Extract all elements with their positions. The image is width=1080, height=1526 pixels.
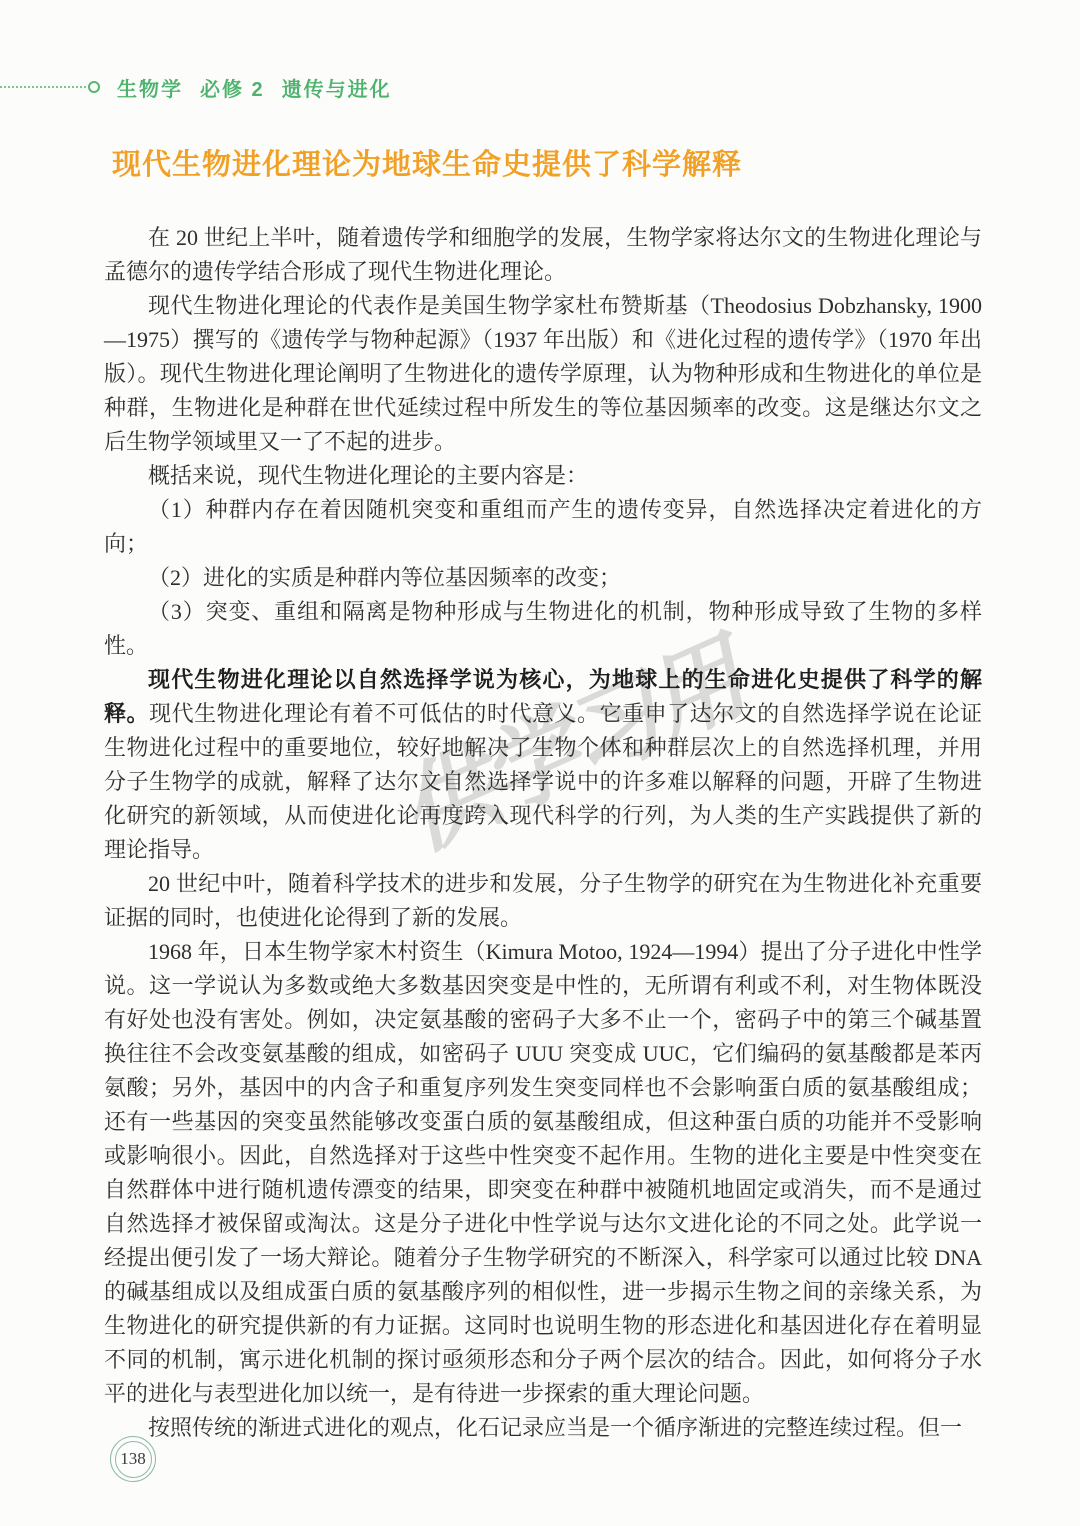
header-course: 生物学 — [117, 73, 183, 102]
paragraph-text: 在 20 世纪上半叶，随着遗传学和细胞学的发展，生物学家将达尔文的生物进化理论与… — [104, 225, 982, 284]
header-dotted-rule — [0, 86, 86, 88]
header-bullet-icon — [88, 81, 100, 93]
page-header: 生物学 必修 2 遗传与进化 — [0, 74, 392, 100]
body-paragraph: 现代生物进化理论以自然选择学说为核心，为地球上的生命进化史提供了科学的解释。现代… — [104, 663, 982, 867]
paragraph-text: （2）进化的实质是种群内等位基因频率的改变； — [148, 565, 621, 590]
page-number: 138 — [120, 1449, 146, 1469]
paragraph-text: 按照传统的渐进式进化的观点，化石记录应当是一个循序渐进的完整连续过程。但一 — [148, 1415, 962, 1440]
paragraph-text: 现代生物进化理论的代表作是美国生物学家杜布赞斯基（Theodosius Dobz… — [104, 293, 982, 454]
body-paragraph: 20 世纪中叶，随着科学技术的进步和发展，分子生物学的研究在为生物进化补充重要证… — [104, 867, 982, 935]
body-paragraph: 1968 年，日本生物学家木村资生（Kimura Motoo, 1924—199… — [104, 935, 982, 1411]
textbook-page: 生物学 必修 2 遗传与进化 供学习用 现代生物进化理论为地球生命史提供了科学解… — [0, 0, 1080, 1526]
paragraph-text: （1）种群内存在着因随机突变和重组而产生的遗传变异，自然选择决定着进化的方向； — [104, 497, 982, 556]
page-number-inner-ring: 138 — [115, 1441, 152, 1478]
body-paragraph-list-item: （3）突变、重组和隔离是物种形成与生物进化的机制，物种形成导致了生物的多样性。 — [104, 595, 982, 663]
body-paragraph-list-item: （2）进化的实质是种群内等位基因频率的改变； — [104, 561, 982, 595]
paragraph-text: 20 世纪中叶，随着科学技术的进步和发展，分子生物学的研究在为生物进化补充重要证… — [104, 871, 982, 930]
body-paragraph-list-item: （1）种群内存在着因随机突变和重组而产生的遗传变异，自然选择决定着进化的方向； — [104, 493, 982, 561]
body-paragraph: 概括来说，现代生物进化理论的主要内容是： — [104, 459, 982, 493]
paragraph-text: 1968 年，日本生物学家木村资生（Kimura Motoo, 1924—199… — [104, 939, 982, 1406]
section-title: 现代生物进化理论为地球生命史提供了科学解释 — [112, 142, 742, 183]
body-paragraph: 在 20 世纪上半叶，随着遗传学和细胞学的发展，生物学家将达尔文的生物进化理论与… — [104, 221, 982, 289]
header-module: 必修 2 — [200, 73, 265, 102]
body-paragraph: 现代生物进化理论的代表作是美国生物学家杜布赞斯基（Theodosius Dobz… — [104, 289, 982, 459]
page-number-badge: 138 — [110, 1436, 156, 1482]
header-unit: 遗传与进化 — [282, 73, 392, 102]
body-text-block: 在 20 世纪上半叶，随着遗传学和细胞学的发展，生物学家将达尔文的生物进化理论与… — [104, 221, 982, 1445]
body-paragraph: 按照传统的渐进式进化的观点，化石记录应当是一个循序渐进的完整连续过程。但一 — [104, 1411, 982, 1445]
paragraph-text: 现代生物进化理论有着不可低估的时代意义。它重申了达尔文的自然选择学说在论证生物进… — [104, 701, 982, 862]
paragraph-text: 概括来说，现代生物进化理论的主要内容是： — [148, 463, 588, 488]
paragraph-text: （3）突变、重组和隔离是物种形成与生物进化的机制，物种形成导致了生物的多样性。 — [104, 599, 982, 658]
